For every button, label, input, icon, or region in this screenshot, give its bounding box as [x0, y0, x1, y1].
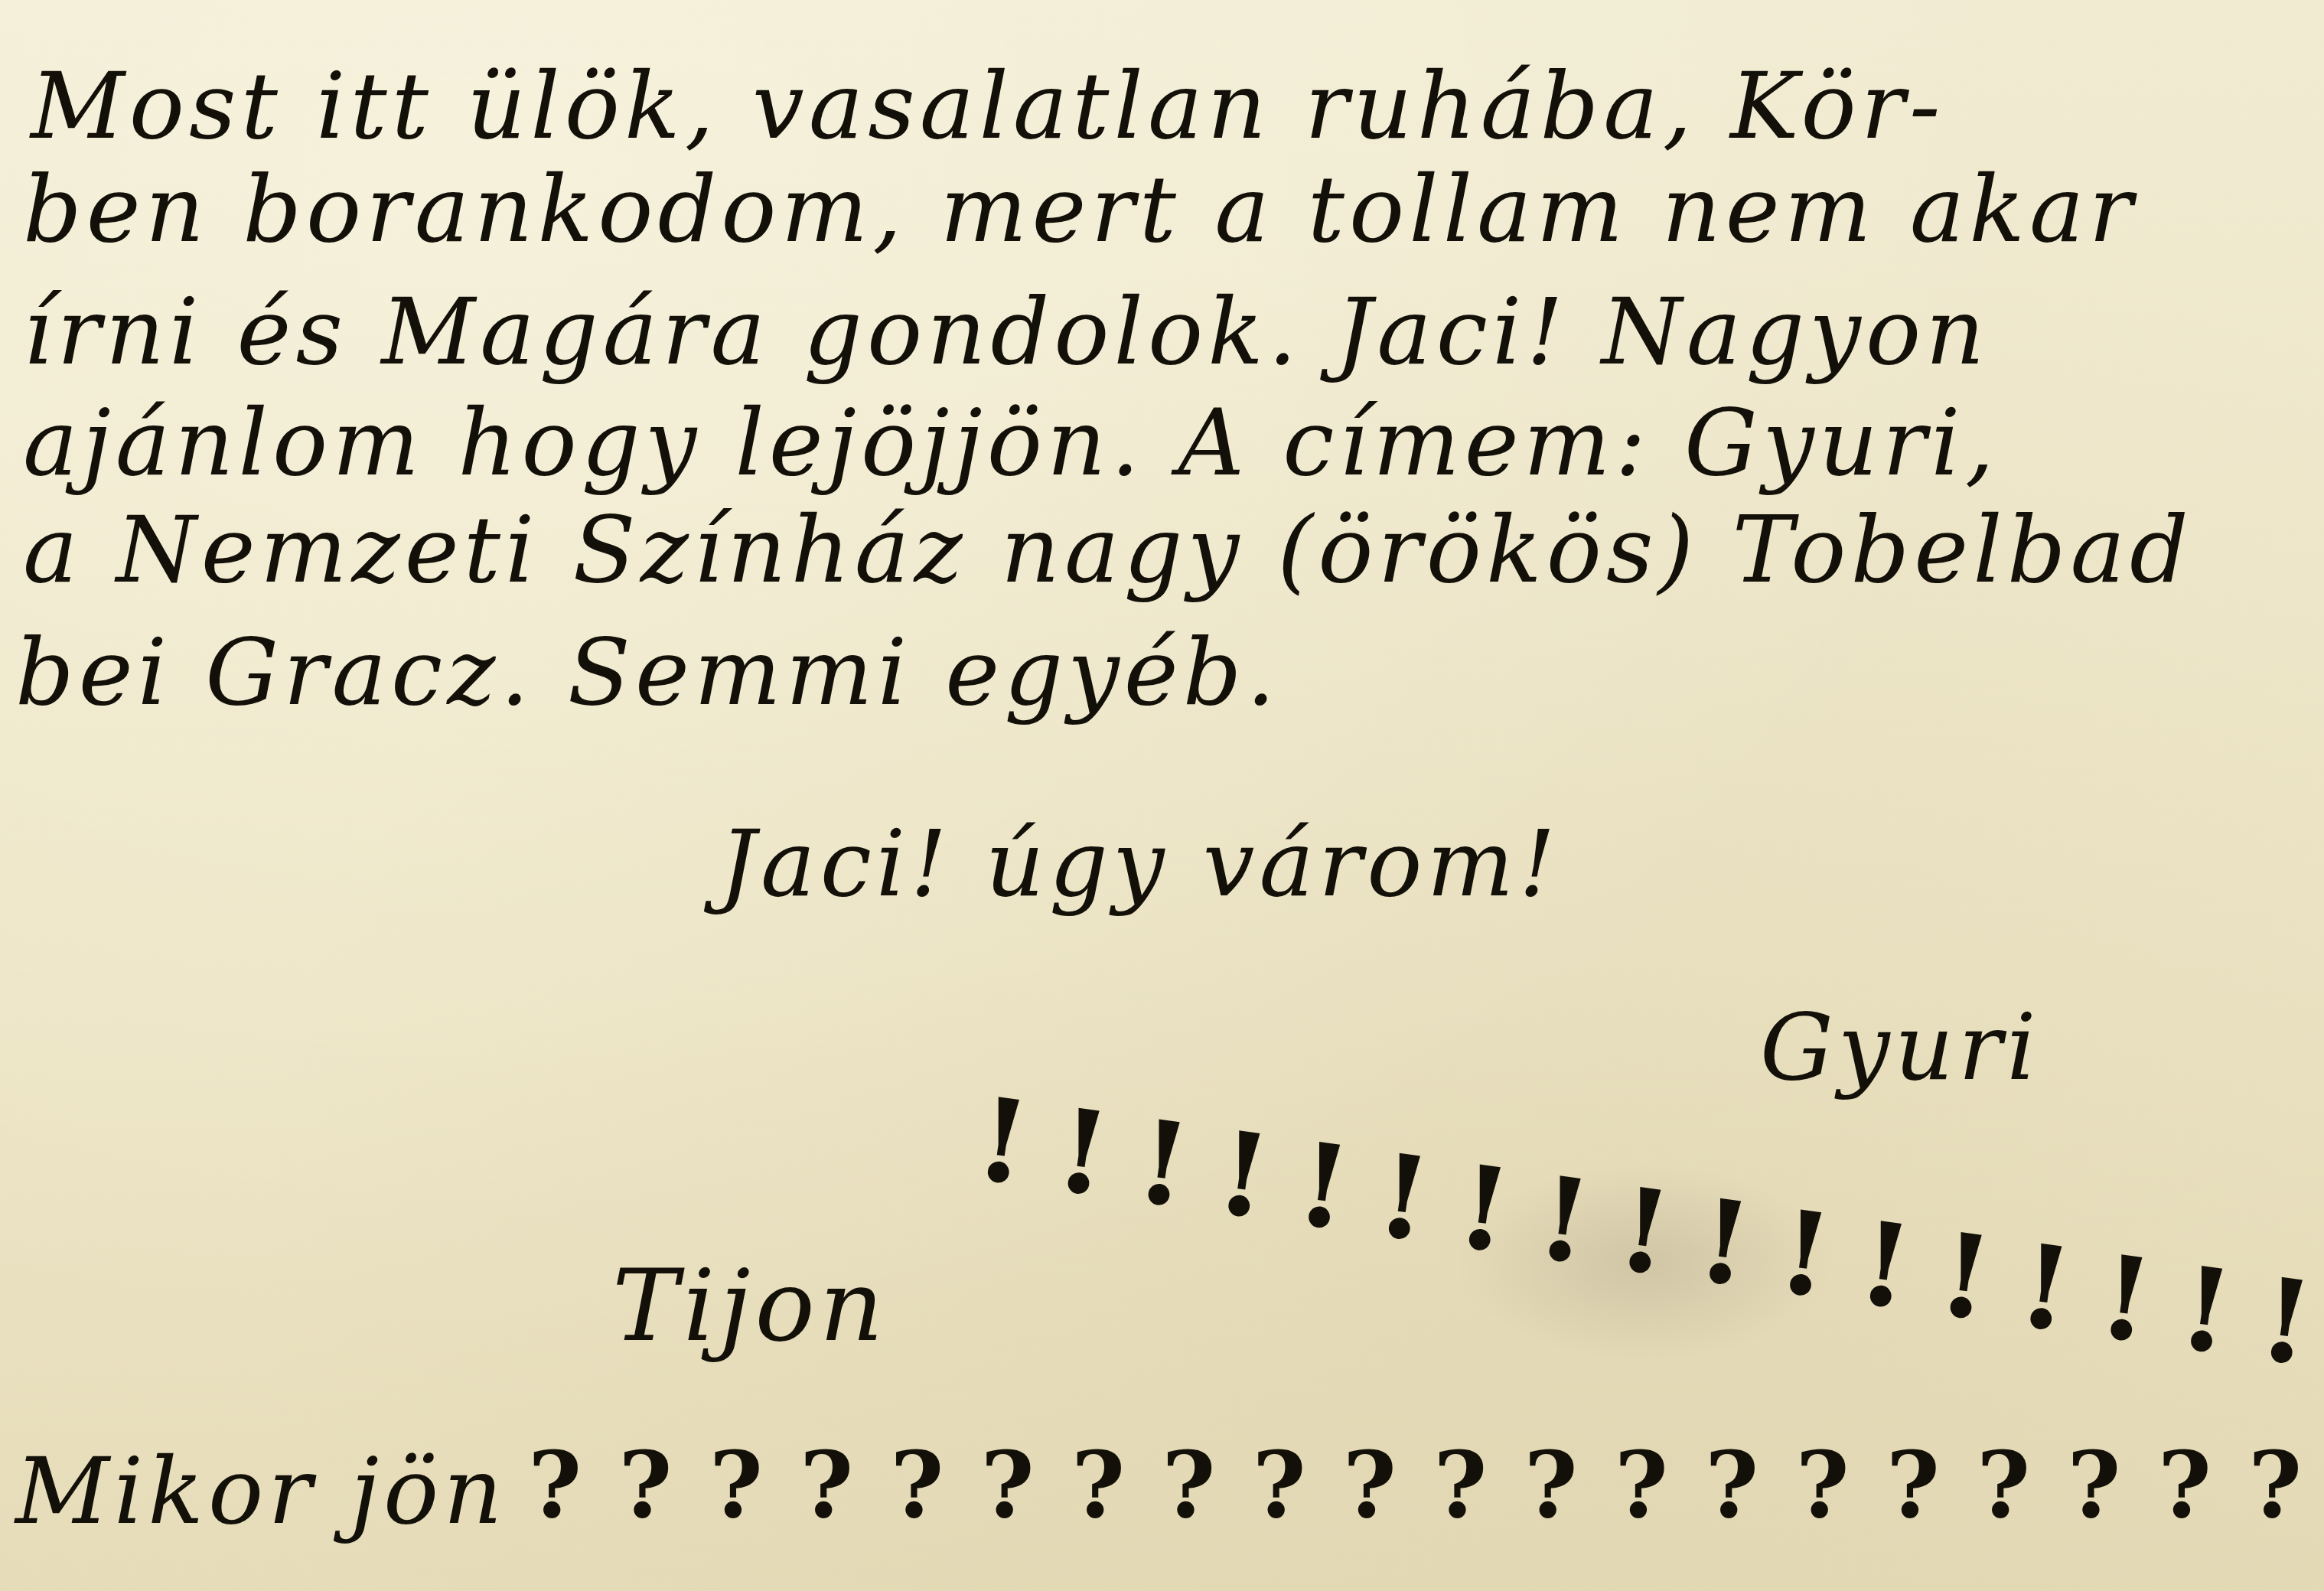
signature: Gyuri [1760, 995, 2041, 1101]
tomorrow-text: Tijon [612, 1247, 888, 1364]
when-text: Mikor jön [15, 1439, 507, 1545]
letter-line-3: írni és Magára gondolok. Jaci! Nagyon [23, 279, 1989, 386]
letter-line-2: ben borankodom, mert a tollam nem akar [23, 157, 2137, 263]
question-marks: ????????????????????? [528, 1431, 2324, 1539]
letter-line-4: ajánlom hogy lejöjjön. A címem: Gyuri, [23, 390, 1999, 497]
letter-line-1: Most itt ülök, vasalatlan ruhába, Kör- [31, 54, 1945, 160]
letter-line-6: bei Gracz. Semmi egyéb. [15, 620, 1280, 726]
closing-line: Jaci! úgy várom! [719, 811, 1560, 918]
letter-line-5: a Nemzeti Színház nagy (örökös) Tobelbad [23, 497, 2193, 604]
